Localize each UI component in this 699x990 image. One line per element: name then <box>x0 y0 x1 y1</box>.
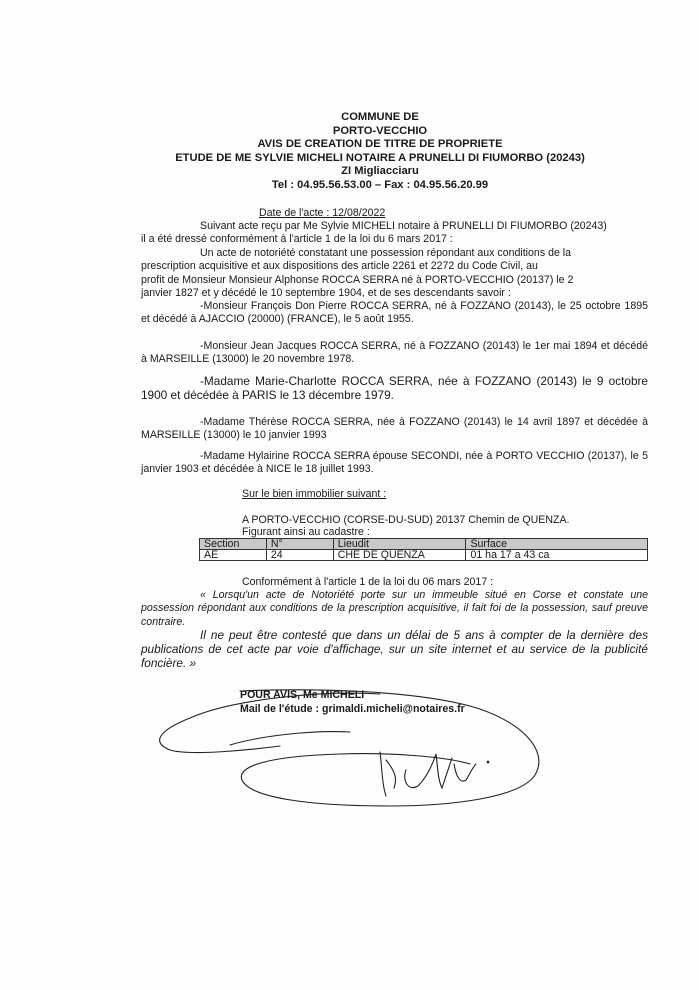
acte-p1-line2: il a été dressé conformément à l'article… <box>141 233 648 246</box>
acte-date: Date de l'acte : 12/08/2022 <box>200 207 648 220</box>
bien-label: Sur le bien immobilier suivant : <box>242 488 542 501</box>
cell-lieudit: CHE DE QUENZA <box>333 550 466 561</box>
acte-paragraph-1: Suivant acte reçu par Me Sylvie MICHELI … <box>141 220 648 300</box>
descendant-1: -Monsieur François Don Pierre ROCCA SERR… <box>141 300 648 327</box>
col-surface: Surface <box>466 539 648 550</box>
header-phone: Tel : 04.95.56.53.00 – Fax : 04.95.56.20… <box>150 179 610 193</box>
cell-surface: 01 ha 17 a 43 ca <box>466 550 648 561</box>
loi-quote-1: « Lorsqu'un acte de Notoriété porte sur … <box>141 589 648 629</box>
cell-numero: 24 <box>266 550 333 561</box>
col-lieudit: Lieudit <box>333 539 466 550</box>
descendant-5: -Madame Hylairine ROCCA SERRA épouse SEC… <box>141 450 648 477</box>
header-address: ZI Migliacciaru <box>150 165 610 179</box>
acte-p2-line4: janvier 1827 et y décédé le 10 septembre… <box>141 287 648 300</box>
header-commune: COMMUNE DE <box>150 111 610 125</box>
col-section: Section <box>200 539 267 550</box>
acte-p2-line2: prescription acquisitive et aux disposit… <box>141 260 648 273</box>
handwritten-signature-icon <box>150 680 550 820</box>
loi-intro: Conformément à l'article 1 de la loi du … <box>242 576 642 589</box>
header-office: ETUDE DE ME SYLVIE MICHELI NOTAIRE A PRU… <box>150 152 610 166</box>
acte-p2-line3: profit de Monsieur Monsieur Alphonse ROC… <box>141 274 648 287</box>
loi-quote-2: Il ne peut être contesté que dans un dél… <box>141 628 648 671</box>
descendant-4: -Madame Thérèse ROCCA SERRA, née à FOZZA… <box>141 416 648 443</box>
header-title: AVIS DE CREATION DE TITRE DE PROPRIETE <box>150 138 610 152</box>
col-numero: N° <box>266 539 333 550</box>
acte-intro: Date de l'acte : 12/08/2022 <box>200 207 648 220</box>
acte-p1-line1: Suivant acte reçu par Me Sylvie MICHELI … <box>141 220 648 233</box>
header-town: PORTO-VECCHIO <box>150 125 610 139</box>
descendant-2: -Monsieur Jean Jacques ROCCA SERRA, né à… <box>141 340 648 367</box>
document-header: COMMUNE DE PORTO-VECCHIO AVIS DE CREATIO… <box>150 111 610 193</box>
acte-p2-line1: Un acte de notoriété constatant une poss… <box>141 247 648 260</box>
cadastre-header-row: Section N° Lieudit Surface <box>200 539 648 550</box>
cell-section: AE <box>200 550 267 561</box>
document-page: COMMUNE DE PORTO-VECCHIO AVIS DE CREATIO… <box>0 0 699 990</box>
descendant-3: -Madame Marie-Charlotte ROCCA SERRA, née… <box>141 374 648 403</box>
table-row: AE 24 CHE DE QUENZA 01 ha 17 a 43 ca <box>200 550 648 561</box>
cadastre-table: Section N° Lieudit Surface AE 24 CHE DE … <box>199 538 648 561</box>
